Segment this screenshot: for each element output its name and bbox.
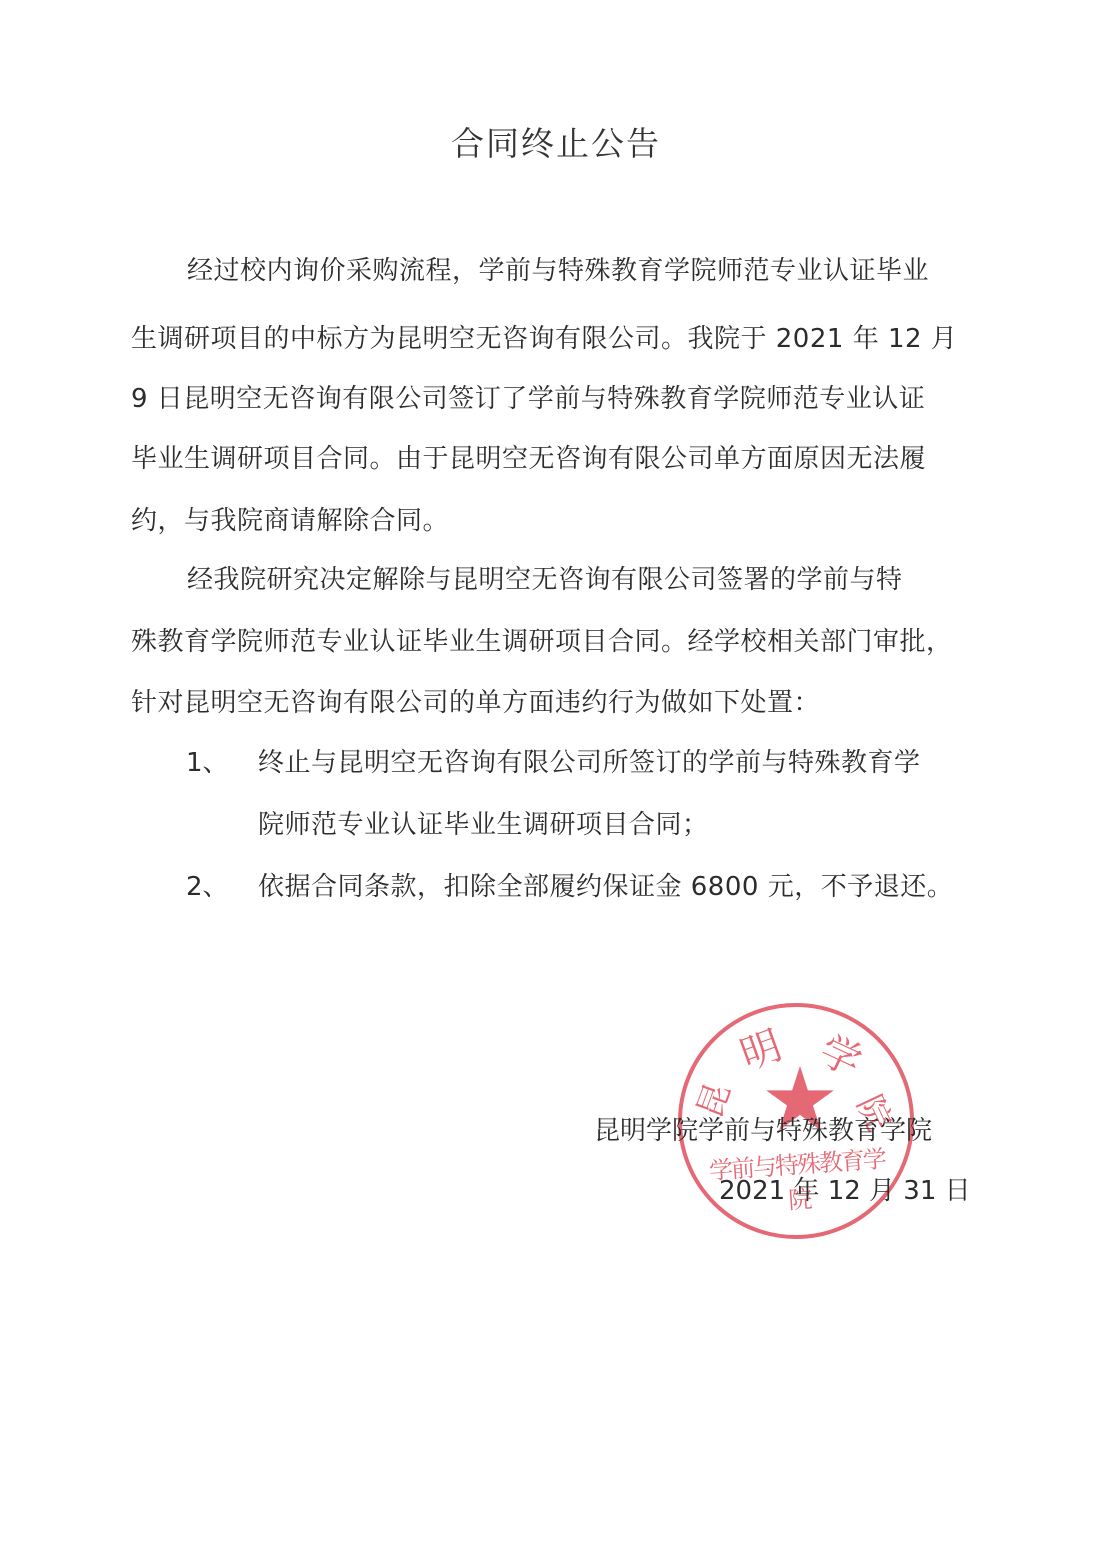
signature-date: 2021 年 12 月 31 日 [719, 1170, 971, 1207]
item-1-number: 1、 [186, 742, 229, 779]
paragraph-2-line-3: 针对昆明空无咨询有限公司的单方面违约行为做如下处置： [131, 682, 820, 719]
item-2-number: 2、 [186, 866, 229, 903]
paragraph-1-line-1: 经过校内询价采购流程，学前与特殊教育学院师范专业认证毕业 [187, 250, 929, 287]
signature-organization: 昆明学院学前与特殊教育学院 [594, 1110, 932, 1147]
paragraph-1-line-3: 9 日昆明空无咨询有限公司签订了学前与特殊教育学院师范专业认证 [131, 378, 925, 415]
paragraph-1-line-4: 毕业生调研项目合同。由于昆明空无咨询有限公司单方面原因无法履 [131, 438, 926, 475]
paragraph-2-line-1: 经我院研究决定解除与昆明空无咨询有限公司签署的学前与特 [187, 559, 903, 596]
document-title: 合同终止公告 [0, 118, 1112, 165]
paragraph-1-line-2: 生调研项目的中标方为昆明空无咨询有限公司。我院于 2021 年 12 月 [131, 318, 957, 355]
item-2-line-1: 依据合同条款，扣除全部履约保证金 6800 元，不予退还。 [258, 866, 953, 903]
document-page: 合同终止公告 经过校内询价采购流程，学前与特殊教育学院师范专业认证毕业 生调研项… [0, 0, 1112, 1561]
item-1-line-2: 院师范专业认证毕业生调研项目合同； [258, 804, 709, 841]
paragraph-1-line-5: 约，与我院商请解除合同。 [131, 500, 449, 537]
item-1-line-1: 终止与昆明空无咨询有限公司所签订的学前与特殊教育学 [258, 742, 921, 779]
paragraph-2-line-2: 殊教育学院师范专业认证毕业生调研项目合同。经学校相关部门审批， [131, 621, 953, 658]
